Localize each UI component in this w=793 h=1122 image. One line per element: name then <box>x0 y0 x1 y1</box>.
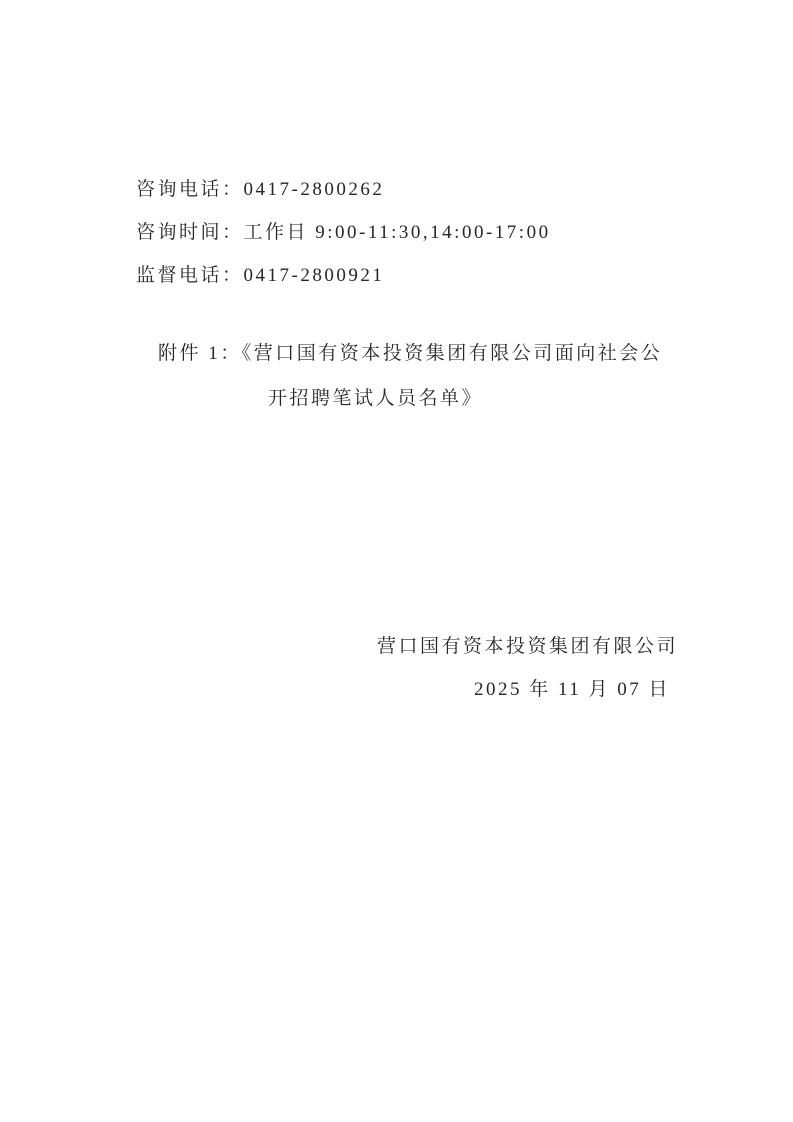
document-page: 咨询电话：0417-2800262 咨询时间：工作日 9:00-11:30,14… <box>0 0 793 1122</box>
attachment-reference-line-2: 开招聘笔试人员名单》 <box>268 377 483 420</box>
attachment-reference-line-1: 附件 1：《营口国有资本投资集团有限公司面向社会公 <box>158 332 662 375</box>
supervision-phone-line: 监督电话：0417-2800921 <box>136 254 384 297</box>
consult-phone-line: 咨询电话：0417-2800262 <box>136 168 384 211</box>
consult-hours-line: 咨询时间：工作日 9:00-11:30,14:00-17:00 <box>136 211 551 254</box>
signature-company-name: 营口国有资本投资集团有限公司 <box>377 625 678 668</box>
signature-date: 2025 年 11 月 07 日 <box>474 668 670 711</box>
